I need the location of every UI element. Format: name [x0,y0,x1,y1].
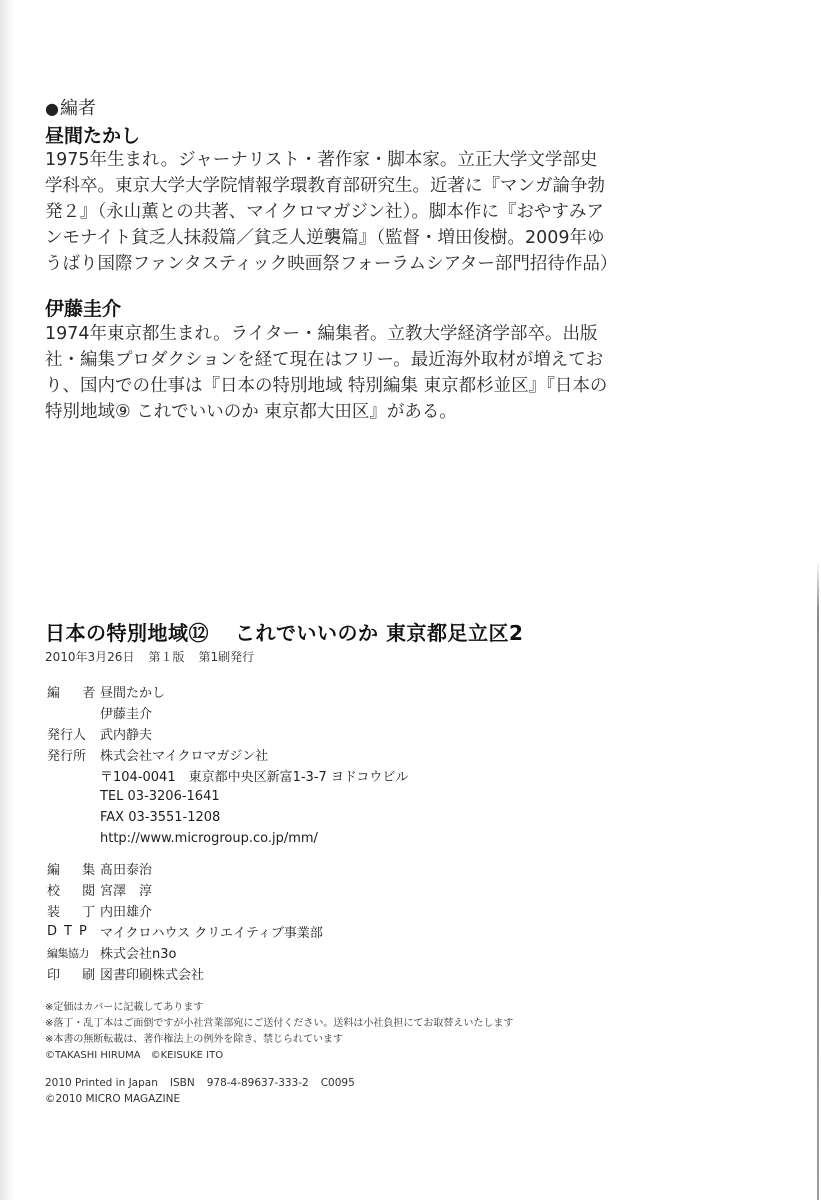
row-value: 昼間たかし [100,682,165,701]
staff-row: 編 集髙田泰治 [47,858,323,879]
colophon-staff: 編 集髙田泰治 校 閲宮澤 淳 装 丁内田雄介 DTPマイクロハウス クリエイテ… [47,858,323,984]
staff-row: 印 刷図書印刷株式会社 [47,963,323,984]
print-footer: 2010 Printed in JapanISBN978-4-89637-333… [45,1075,355,1107]
book-series: 日本の特別地域⑫ [45,621,209,645]
address: 〒104-0041 東京都中央区新富1-3-7 ヨドコウビル [100,766,408,785]
colophon-row: FAX 03-3551-1208 [47,807,408,828]
row-label: 編 集 [47,859,100,878]
editor-name-hiruma: 昼間たかし [45,124,140,148]
row-value: 内田雄介 [100,901,152,920]
row-value: 図書印刷株式会社 [100,964,204,983]
book-title: 日本の特別地域⑫これでいいのか 東京都足立区2 [45,617,523,646]
page-edge [817,560,819,1200]
bio-line: り、国内での仕事は『日本の特別地域 特別編集 東京都杉並区』『日本の [45,373,575,399]
bio-line: うばり国際ファンタスティック映画祭フォーラムシアター部門招待作品） [45,251,575,277]
copyright-authors: ©TAKASHI HIRUMA ©KEISUKE ITO [45,1048,513,1064]
editor-bio-hiruma: 1975年生まれ。ジャーナリスト・著作家・脚本家。立正大学文学部史 学科卒。東京… [45,147,575,277]
colophon-row: 発行人武内静夫 [47,723,408,744]
colophon-publisher: 編 者昼間たかし 伊藤圭介 発行人武内静夫 発行所株式会社マイクロマガジン社 〒… [47,681,408,849]
row-label: 印 刷 [47,964,100,983]
staff-row: DTPマイクロハウス クリエイティブ事業部 [47,921,323,942]
row-label: 発行所 [47,745,100,764]
bio-line: 発２』（永山薫との共著、マイクロマガジン社）。脚本作に『おやすみア [45,199,575,225]
staff-row: 編集協力株式会社n3o [47,942,323,963]
colophon-row: TEL 03-3206-1641 [47,786,408,807]
edition-info: 2010年3月26日第１版第1刷発行 [45,648,268,665]
colophon-row: 伊藤圭介 [47,702,408,723]
bio-line: 学科卒。東京大学大学院情報学環教育部研究生。近著に『マンガ論争勃 [45,173,575,199]
note-line: ※本書の無断転載は、著作権法上の例外を除き、禁じられています [45,1032,513,1048]
note-line: ※落丁・乱丁本はご面倒ですが小社営業部宛にご送付ください。送料は小社負担にてお取… [45,1016,513,1032]
editor-name-ito: 伊藤圭介 [45,297,121,321]
phone: TEL 03-3206-1641 [100,789,220,804]
row-label: 装 丁 [47,901,100,920]
spine-shadow [0,0,14,1200]
bio-line: 特別地域⑨ これでいいのか 東京都大田区』がある。 [45,399,575,425]
edition-number: 第１版 [148,650,184,664]
printed-in: 2010 Printed in Japan [45,1077,158,1089]
classification-code: C0095 [321,1077,355,1089]
row-label: 校 閲 [47,880,100,899]
row-label: 編 者 [47,682,100,701]
legal-notes: ※定価はカバーに記載してあります ※落丁・乱丁本はご面倒ですが小社営業部宛にご送… [45,1000,513,1064]
row-value: 宮澤 淳 [100,880,152,899]
row-label: 発行人 [47,724,100,743]
publisher-copyright: ©2010 MICRO MAGAZINE [45,1091,355,1107]
row-value: 株式会社マイクロマガジン社 [100,745,268,764]
fax: FAX 03-3551-1208 [100,810,220,825]
publish-date: 2010年3月26日 [45,650,134,664]
note-line: ※定価はカバーに記載してあります [45,1000,513,1016]
isbn-line: 2010 Printed in JapanISBN978-4-89637-333… [45,1075,355,1091]
editor-bio-ito: 1974年東京都生まれ。ライター・編集者。立教大学経済学部卒。出版 社・編集プロ… [45,321,575,425]
staff-row: 装 丁内田雄介 [47,900,323,921]
row-label: 編集協力 [47,945,100,961]
bio-line: ンモナイト貧乏人抹殺篇／貧乏人逆襲篇』（監督・増田俊樹。2009年ゆ [45,225,575,251]
staff-row: 校 閲宮澤 淳 [47,879,323,900]
editors-heading: ●編者 [45,98,96,120]
printing-number: 第1刷発行 [198,650,254,664]
isbn-number: 978-4-89637-333-2 [207,1077,309,1089]
bio-line: 社・編集プロダクションを経て現在はフリー。最近海外取材が増えてお [45,347,575,373]
colophon-row: 編 者昼間たかし [47,681,408,702]
row-label: DTP [47,924,100,939]
website-url: http://www.microgroup.co.jp/mm/ [100,831,318,846]
editors-heading-label: 編者 [60,98,96,119]
colophon-row: http://www.microgroup.co.jp/mm/ [47,828,408,849]
colophon-row: 〒104-0041 東京都中央区新富1-3-7 ヨドコウビル [47,765,408,786]
row-value: 武内静夫 [100,724,152,743]
row-value: マイクロハウス クリエイティブ事業部 [100,922,323,941]
bullet-icon: ● [45,99,59,118]
row-value: 伊藤圭介 [100,703,152,722]
book-subtitle: これでいいのか 東京都足立区2 [235,621,523,645]
bio-line: 1974年東京都生まれ。ライター・編集者。立教大学経済学部卒。出版 [45,321,575,347]
row-value: 髙田泰治 [100,859,152,878]
row-value: 株式会社n3o [100,943,176,962]
colophon-row: 発行所株式会社マイクロマガジン社 [47,744,408,765]
bio-line: 1975年生まれ。ジャーナリスト・著作家・脚本家。立正大学文学部史 [45,147,575,173]
isbn-label: ISBN [170,1077,195,1089]
